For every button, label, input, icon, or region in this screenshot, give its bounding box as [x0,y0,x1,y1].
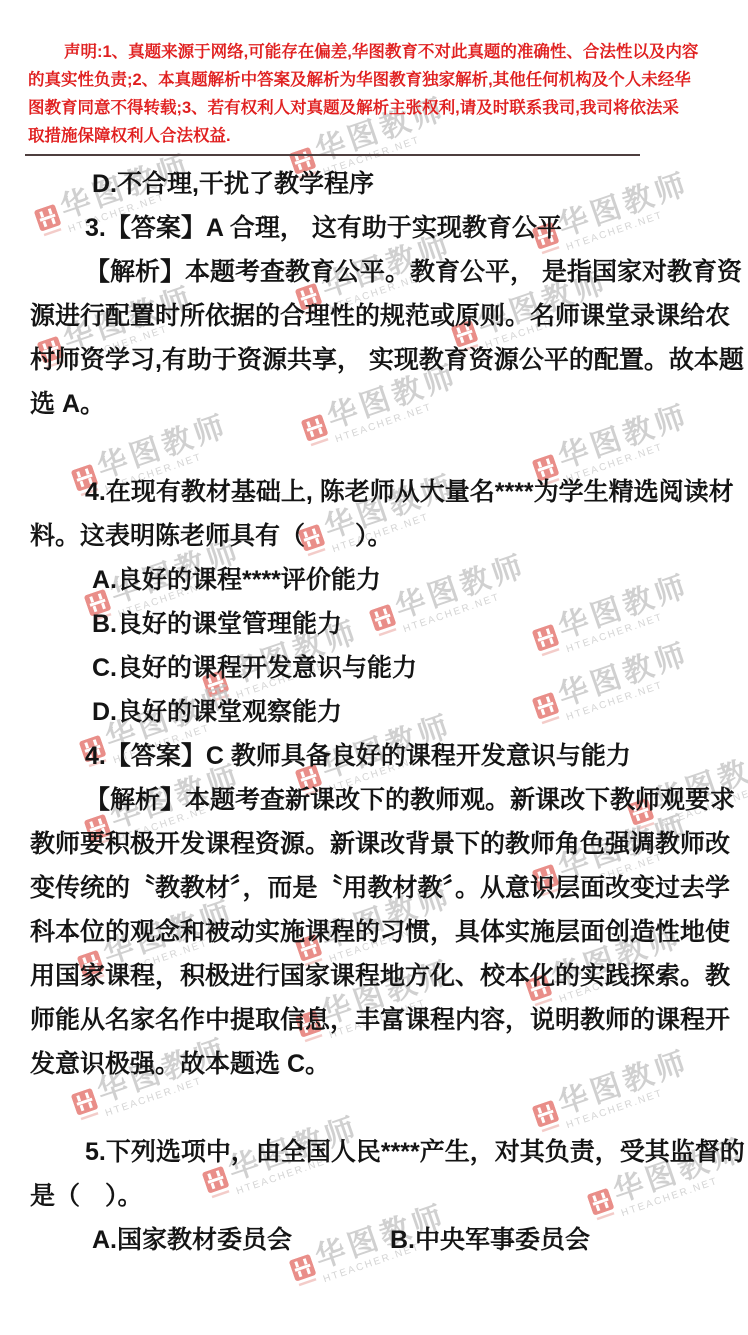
document-text-line: 4.【答案】C 教师具备良好的课程开发意识与能力 [30,734,718,778]
document-text-line: 料。这表明陈老师具有（ ）。 [30,514,718,558]
disclaimer-line: 的真实性负责;2、本真题解析中答案及解析为华图教育独家解析,其他任何机构及个人未… [28,66,720,94]
document-text-line: 源进行配置时所依据的合理性的规范或原则。名师课堂录课给农 [30,294,718,338]
document-text-line: 选 A。 [30,382,718,426]
disclaimer: 声明:1、真题来源于网络,可能存在偏差,华图教育不对此真题的准确性、合法性以及内… [0,0,748,150]
option-b: B.中央军事委员会 [390,1226,590,1254]
disclaimer-line: 图教育同意不得转载;3、若有权利人对真题及解析主张权利,请及时联系我司,我司将依… [28,94,720,122]
document-text-line: 科本位的观念和被动实施课程的习惯，具体实施层面创造性地使 [30,910,718,954]
document-text-line: 师能从名家名作中提取信息，丰富课程内容，说明教师的课程开 [30,998,718,1042]
document-text-line: 村师资学习,有助于资源共享， 实现教育资源公平的配置。故本题 [30,338,718,382]
document-body: D.不合理,干扰了教学程序3.【答案】A 合理， 这有助于实现教育公平【解析】本… [0,156,748,1262]
document-text-line: 【解析】本题考查新课改下的教师观。新课改下教师观要求 [30,778,718,822]
document-text-line: 是（ ）。 [30,1174,718,1218]
document-text-line: 【解析】本题考查教育公平。教育公平， 是指国家对教育资 [30,250,718,294]
disclaimer-line: 声明:1、真题来源于网络,可能存在偏差,华图教育不对此真题的准确性、合法性以及内… [28,38,720,66]
document-text-line: 3.【答案】A 合理， 这有助于实现教育公平 [30,206,718,250]
option-a: A.国家教材委员会 [92,1218,390,1262]
document-text-line: D.良好的课堂观察能力 [30,690,718,734]
document-text-line: 教师要积极开发课程资源。新课改背景下的教师角色强调教师改 [30,822,718,866]
document-text-line: 变传统的〝教教材〞，而是〝用教材教〞。从意识层面改变过去学 [30,866,718,910]
document-text-line: D.不合理,干扰了教学程序 [30,162,718,206]
document-text-line: 4.在现有教材基础上, 陈老师从大量名****为学生精选阅读材 [30,470,718,514]
document-text-line: 用国家课程，积极进行国家课程地方化、校本化的实践探索。教 [30,954,718,998]
disclaimer-line: 取措施保障权利人合法权益. [28,122,720,150]
document-text-line: B.良好的课堂管理能力 [30,602,718,646]
document-text-line: 发意识极强。故本题选 C。 [30,1042,718,1086]
document-text-line: A.良好的课程****评价能力 [30,558,718,602]
option-row: A.国家教材委员会B.中央军事委员会 [30,1218,718,1262]
document-text-line: 5.下列选项中，由全国人民****产生，对其负责，受其监督的 [30,1130,718,1174]
document-text-line: C.良好的课程开发意识与能力 [30,646,718,690]
